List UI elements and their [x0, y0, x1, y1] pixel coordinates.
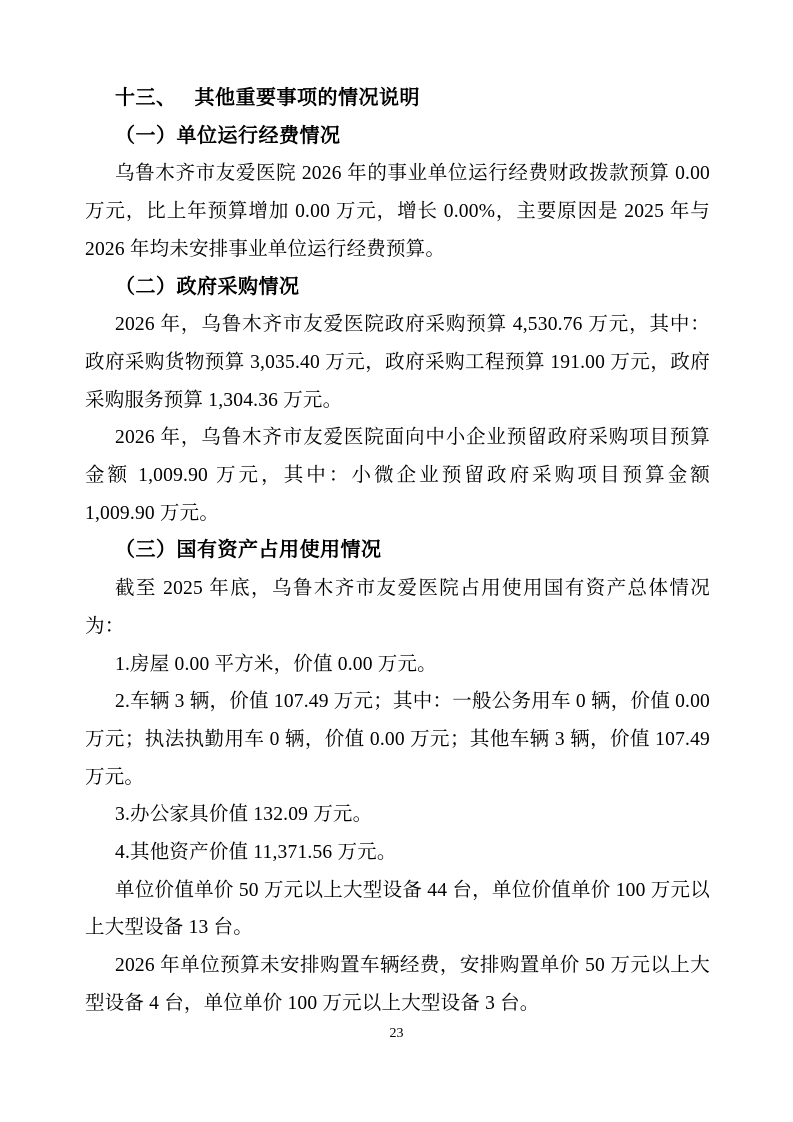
document-title-text: 其他重要事项的情况说明	[195, 87, 421, 109]
section-state-owned-assets: （三）国有资产占用使用情况 截至 2025 年底，乌鲁木齐市友爱医院占用使用国有…	[85, 532, 710, 1022]
section-heading: （三）国有资产占用使用情况	[85, 532, 710, 570]
section-government-procurement: （二）政府采购情况 2026 年，乌鲁木齐市友爱医院政府采购预算 4,530.7…	[85, 269, 710, 533]
paragraph: 2026 年单位预算未安排购置车辆经费，安排购置单价 50 万元以上大型设备 4…	[85, 947, 710, 1022]
paragraph: 2026 年，乌鲁木齐市友爱医院面向中小企业预留政府采购项目预算金额 1,009…	[85, 419, 710, 532]
document-title-number: 十三、	[115, 87, 177, 109]
paragraph: 单位价值单价 50 万元以上大型设备 44 台，单位价值单价 100 万元以上大…	[85, 872, 710, 947]
document-content: 十三、其他重要事项的情况说明 （一）单位运行经费情况 乌鲁木齐市友爱医院 202…	[85, 80, 710, 1023]
document-title: 十三、其他重要事项的情况说明	[85, 80, 710, 118]
paragraph: 2.车辆 3 辆，价值 107.49 万元；其中：一般公务用车 0 辆，价值 0…	[85, 683, 710, 796]
paragraph: 3.办公家具价值 132.09 万元。	[85, 796, 710, 834]
section-heading: （二）政府采购情况	[85, 269, 710, 307]
paragraph: 4.其他资产价值 11,371.56 万元。	[85, 834, 710, 872]
document-page: 十三、其他重要事项的情况说明 （一）单位运行经费情况 乌鲁木齐市友爱医院 202…	[0, 0, 793, 1122]
paragraph: 2026 年，乌鲁木齐市友爱医院政府采购预算 4,530.76 万元，其中：政府…	[85, 306, 710, 419]
paragraph: 1.房屋 0.00 平方米，价值 0.00 万元。	[85, 646, 710, 684]
paragraph: 截至 2025 年底，乌鲁木齐市友爱医院占用使用国有资产总体情况为：	[85, 570, 710, 645]
page-number: 23	[0, 1024, 793, 1044]
section-unit-operating-expenses: （一）单位运行经费情况 乌鲁木齐市友爱医院 2026 年的事业单位运行经费财政拨…	[85, 118, 710, 269]
paragraph: 乌鲁木齐市友爱医院 2026 年的事业单位运行经费财政拨款预算 0.00 万元，…	[85, 155, 710, 268]
section-heading: （一）单位运行经费情况	[85, 118, 710, 156]
